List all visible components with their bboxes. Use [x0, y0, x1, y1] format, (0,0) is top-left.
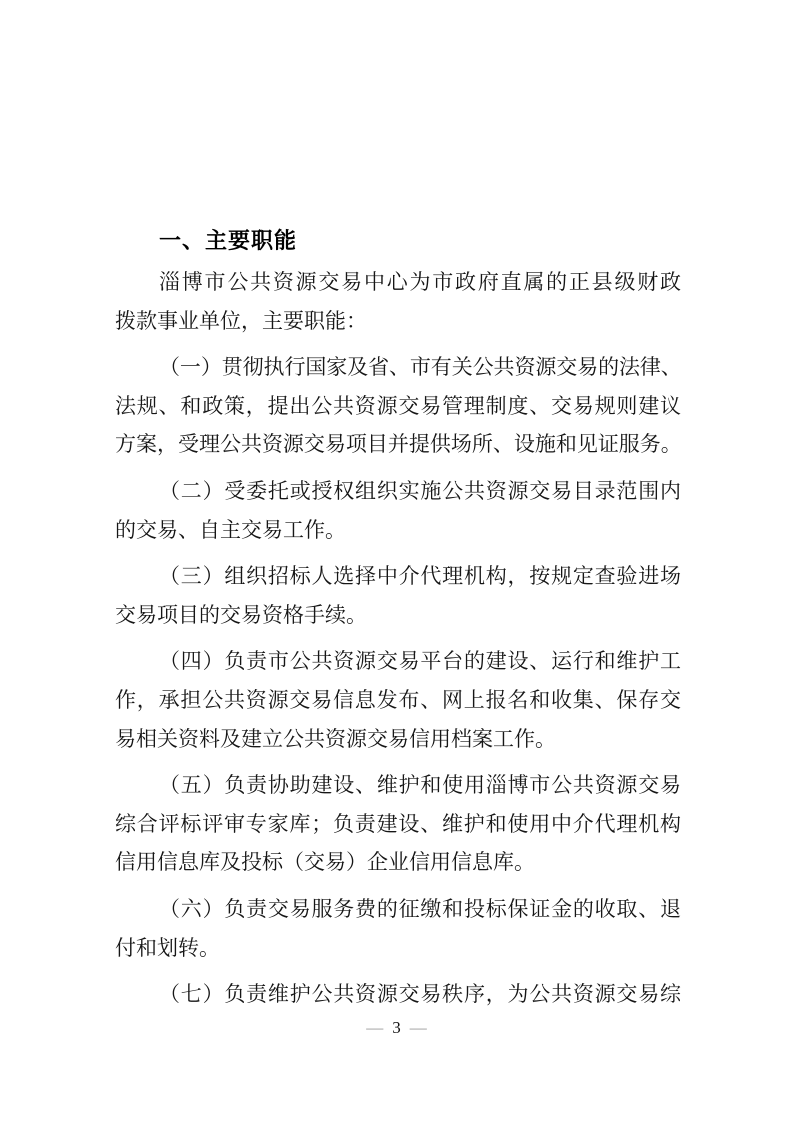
paragraph: 淄博市公共资源交易中心为市政府直属的正县级财政拨款事业单位，主要职能： — [115, 263, 681, 340]
text-line: 作，承担公共资源交易信息发布、网上报名和收集、保存交 — [115, 681, 681, 720]
page-number: 3 — [383, 1018, 410, 1037]
text-line: （六）负责交易服务费的征缴和投标保证金的收取、退 — [115, 890, 681, 929]
footer-dash-right: — — [410, 1018, 427, 1037]
text-line: （一）贯彻执行国家及省、市有关公共资源交易的法律、 — [115, 348, 681, 387]
paragraph: （一）贯彻执行国家及省、市有关公共资源交易的法律、法规、和政策，提出公共资源交易… — [115, 348, 681, 464]
text-line: 淄博市公共资源交易中心为市政府直属的正县级财政 — [115, 263, 681, 302]
text-line: 交易项目的交易资格手续。 — [115, 596, 681, 635]
paragraph: （七）负责维护公共资源交易秩序，为公共资源交易综 — [115, 975, 681, 1014]
page-footer: —3— — [0, 1015, 793, 1041]
paragraph-list: 淄博市公共资源交易中心为市政府直属的正县级财政拨款事业单位，主要职能：（一）贯彻… — [115, 263, 681, 1014]
text-line: 付和划转。 — [115, 929, 681, 968]
document-body: 一、主要职能 淄博市公共资源交易中心为市政府直属的正县级财政拨款事业单位，主要职… — [115, 221, 681, 1014]
paragraph: （六）负责交易服务费的征缴和投标保证金的收取、退付和划转。 — [115, 890, 681, 967]
paragraph: （二）受委托或授权组织实施公共资源交易目录范围内的交易、自主交易工作。 — [115, 472, 681, 549]
text-line: 的交易、自主交易工作。 — [115, 511, 681, 550]
text-line: 综合评标评审专家库；负责建设、维护和使用中介代理机构 — [115, 805, 681, 844]
text-line: （五）负责协助建设、维护和使用淄博市公共资源交易 — [115, 766, 681, 805]
section-heading: 一、主要职能 — [115, 221, 681, 260]
text-line: 法规、和政策，提出公共资源交易管理制度、交易规则建议 — [115, 387, 681, 426]
document-page: 一、主要职能 淄博市公共资源交易中心为市政府直属的正县级财政拨款事业单位，主要职… — [0, 0, 793, 1122]
paragraph: （三）组织招标人选择中介代理机构，按规定查验进场交易项目的交易资格手续。 — [115, 557, 681, 634]
text-line: （四）负责市公共资源交易平台的建设、运行和维护工 — [115, 642, 681, 681]
text-line: 易相关资料及建立公共资源交易信用档案工作。 — [115, 720, 681, 759]
text-line: （七）负责维护公共资源交易秩序，为公共资源交易综 — [115, 975, 681, 1014]
text-line: （三）组织招标人选择中介代理机构，按规定查验进场 — [115, 557, 681, 596]
text-line: 拨款事业单位，主要职能： — [115, 302, 681, 341]
text-line: （二）受委托或授权组织实施公共资源交易目录范围内 — [115, 472, 681, 511]
text-line: 信用信息库及投标（交易）企业信用信息库。 — [115, 843, 681, 882]
paragraph: （四）负责市公共资源交易平台的建设、运行和维护工作，承担公共资源交易信息发布、网… — [115, 642, 681, 758]
footer-dash-left: — — [366, 1018, 383, 1037]
paragraph: （五）负责协助建设、维护和使用淄博市公共资源交易综合评标评审专家库；负责建设、维… — [115, 766, 681, 882]
text-line: 方案，受理公共资源交易项目并提供场所、设施和见证服务。 — [115, 425, 681, 464]
